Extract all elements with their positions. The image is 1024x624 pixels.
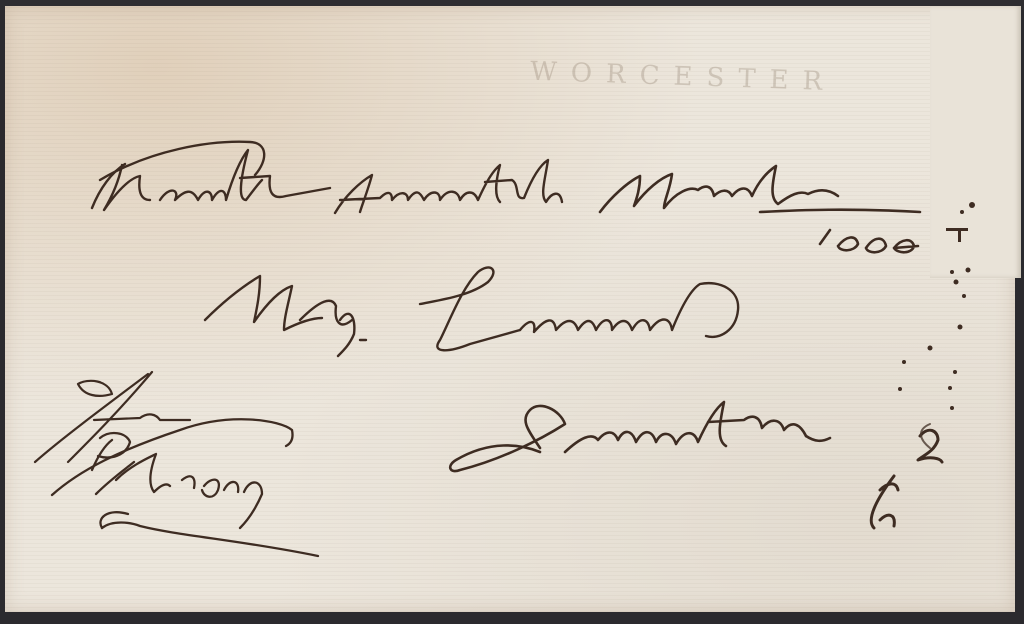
addressee-miss-ink [205, 276, 366, 356]
side-handstamp-ink [898, 202, 975, 410]
dateline-worcester-ink [92, 142, 330, 210]
stamp-ring-ink [921, 424, 930, 448]
destination-leicester-ink [450, 402, 830, 471]
addressee-linwood-ink [420, 267, 738, 350]
handwriting-ink [0, 0, 1024, 624]
dateline-march-ink [600, 166, 920, 252]
free-frank-ink [35, 372, 190, 462]
postage-rate-ink [871, 430, 942, 528]
dateline-seventh-ink [335, 160, 562, 213]
signature-wigley-ink [52, 419, 318, 556]
